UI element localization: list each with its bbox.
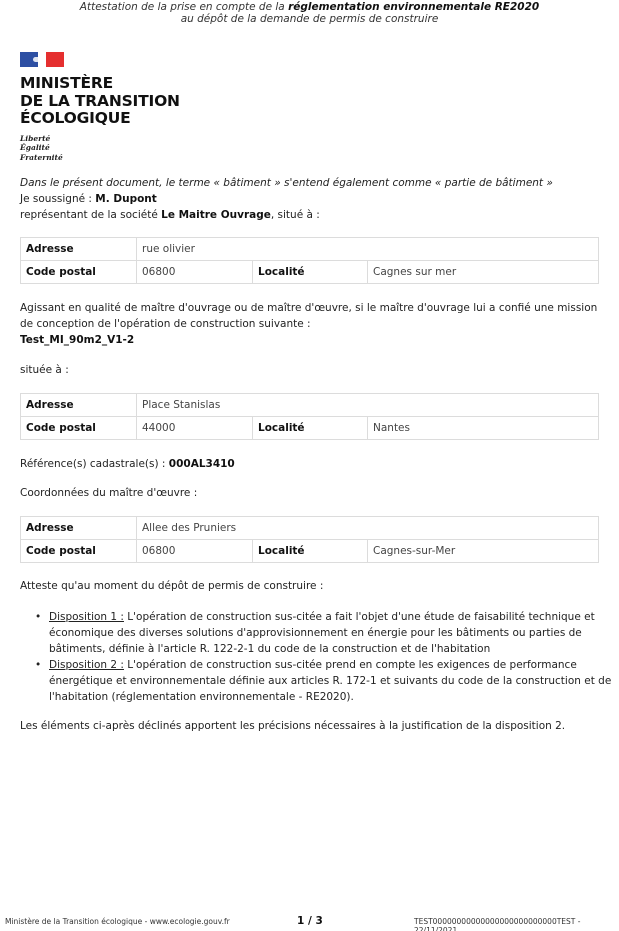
company-line: représentant de la société Le Maitre Ouv… xyxy=(20,207,610,223)
mission-block: Agissant en qualité de maître d'ouvrage … xyxy=(20,300,605,378)
code-postal-label: Code postal xyxy=(21,261,137,284)
cadastre-line: Référence(s) cadastrale(s) : 000AL3410 xyxy=(20,456,235,472)
footer-reference: TEST00000000000000000000000000TEST - 22/… xyxy=(414,917,619,931)
table-row: Adresse rue olivier xyxy=(21,238,599,261)
localite-value: Cagnes-sur-Mer xyxy=(368,540,599,563)
adresse-value: Allee des Pruniers xyxy=(137,517,599,540)
signatory-name: M. Dupont xyxy=(95,193,157,205)
adresse-label: Adresse xyxy=(21,394,137,417)
list-item: Disposition 2 : L'opération de construct… xyxy=(49,657,619,705)
disposition-1-label: Disposition 1 : xyxy=(49,611,124,623)
situee-label: située à : xyxy=(20,362,605,378)
code-postal-value: 06800 xyxy=(137,261,253,284)
cadastre-reference: 000AL3410 xyxy=(169,458,235,470)
document-header: Attestation de la prise en compte de la … xyxy=(0,1,619,25)
maitre-oeuvre-title: Coordonnées du maître d'œuvre : xyxy=(20,485,197,501)
dispositions-list: Disposition 1 : L'opération de construct… xyxy=(20,609,619,705)
header-line-1: Attestation de la prise en compte de la … xyxy=(0,1,619,13)
company-name: Le Maitre Ouvrage xyxy=(161,209,271,221)
footer-ministry: Ministère de la Transition écologique - … xyxy=(5,917,230,926)
definition-note: Dans le présent document, le terme « bât… xyxy=(20,175,610,191)
attestation-intro: Atteste qu'au moment du dépôt de permis … xyxy=(20,578,323,594)
french-republic-flag-icon xyxy=(20,52,64,68)
localite-value: Cagnes sur mer xyxy=(368,261,599,284)
disposition-2-label: Disposition 2 : xyxy=(49,659,124,671)
intro-block: Dans le présent document, le terme « bât… xyxy=(20,175,610,223)
table-row: Code postal 06800 Localité Cagnes sur me… xyxy=(21,261,599,284)
company-address-table: Adresse rue olivier Code postal 06800 Lo… xyxy=(20,237,599,284)
code-postal-label: Code postal xyxy=(21,540,137,563)
code-postal-label: Code postal xyxy=(21,417,137,440)
localite-label: Localité xyxy=(253,417,368,440)
page-number: 1 / 3 xyxy=(297,915,323,927)
operation-name: Test_MI_90m2_V1-2 xyxy=(20,332,605,348)
adresse-value: rue olivier xyxy=(137,238,599,261)
adresse-value: Place Stanislas xyxy=(137,394,599,417)
localite-value: Nantes xyxy=(368,417,599,440)
attestation-conclusion: Les éléments ci-après déclinés apportent… xyxy=(20,718,565,734)
header-regulation: réglementation environnementale RE2020 xyxy=(288,1,539,13)
table-row: Code postal 44000 Localité Nantes xyxy=(21,417,599,440)
adresse-label: Adresse xyxy=(21,517,137,540)
table-row: Adresse Allee des Pruniers xyxy=(21,517,599,540)
republic-motto: Liberté Égalité Fraternité xyxy=(20,134,180,163)
table-row: Adresse Place Stanislas xyxy=(21,394,599,417)
localite-label: Localité xyxy=(253,261,368,284)
mission-text: Agissant en qualité de maître d'ouvrage … xyxy=(20,300,605,332)
operation-address-table: Adresse Place Stanislas Code postal 4400… xyxy=(20,393,599,440)
localite-label: Localité xyxy=(253,540,368,563)
list-item: Disposition 1 : L'opération de construct… xyxy=(49,609,619,657)
ministry-name: MINISTÈRE DE LA TRANSITION ÉCOLOGIQUE xyxy=(20,75,180,128)
signatory-line: Je soussigné : M. Dupont xyxy=(20,191,610,207)
code-postal-value: 06800 xyxy=(137,540,253,563)
maitre-oeuvre-address-table: Adresse Allee des Pruniers Code postal 0… xyxy=(20,516,599,563)
code-postal-value: 44000 xyxy=(137,417,253,440)
table-row: Code postal 06800 Localité Cagnes-sur-Me… xyxy=(21,540,599,563)
header-line-2: au dépôt de la demande de permis de cons… xyxy=(0,13,619,25)
ministry-logo: MINISTÈRE DE LA TRANSITION ÉCOLOGIQUE Li… xyxy=(20,52,180,162)
adresse-label: Adresse xyxy=(21,238,137,261)
